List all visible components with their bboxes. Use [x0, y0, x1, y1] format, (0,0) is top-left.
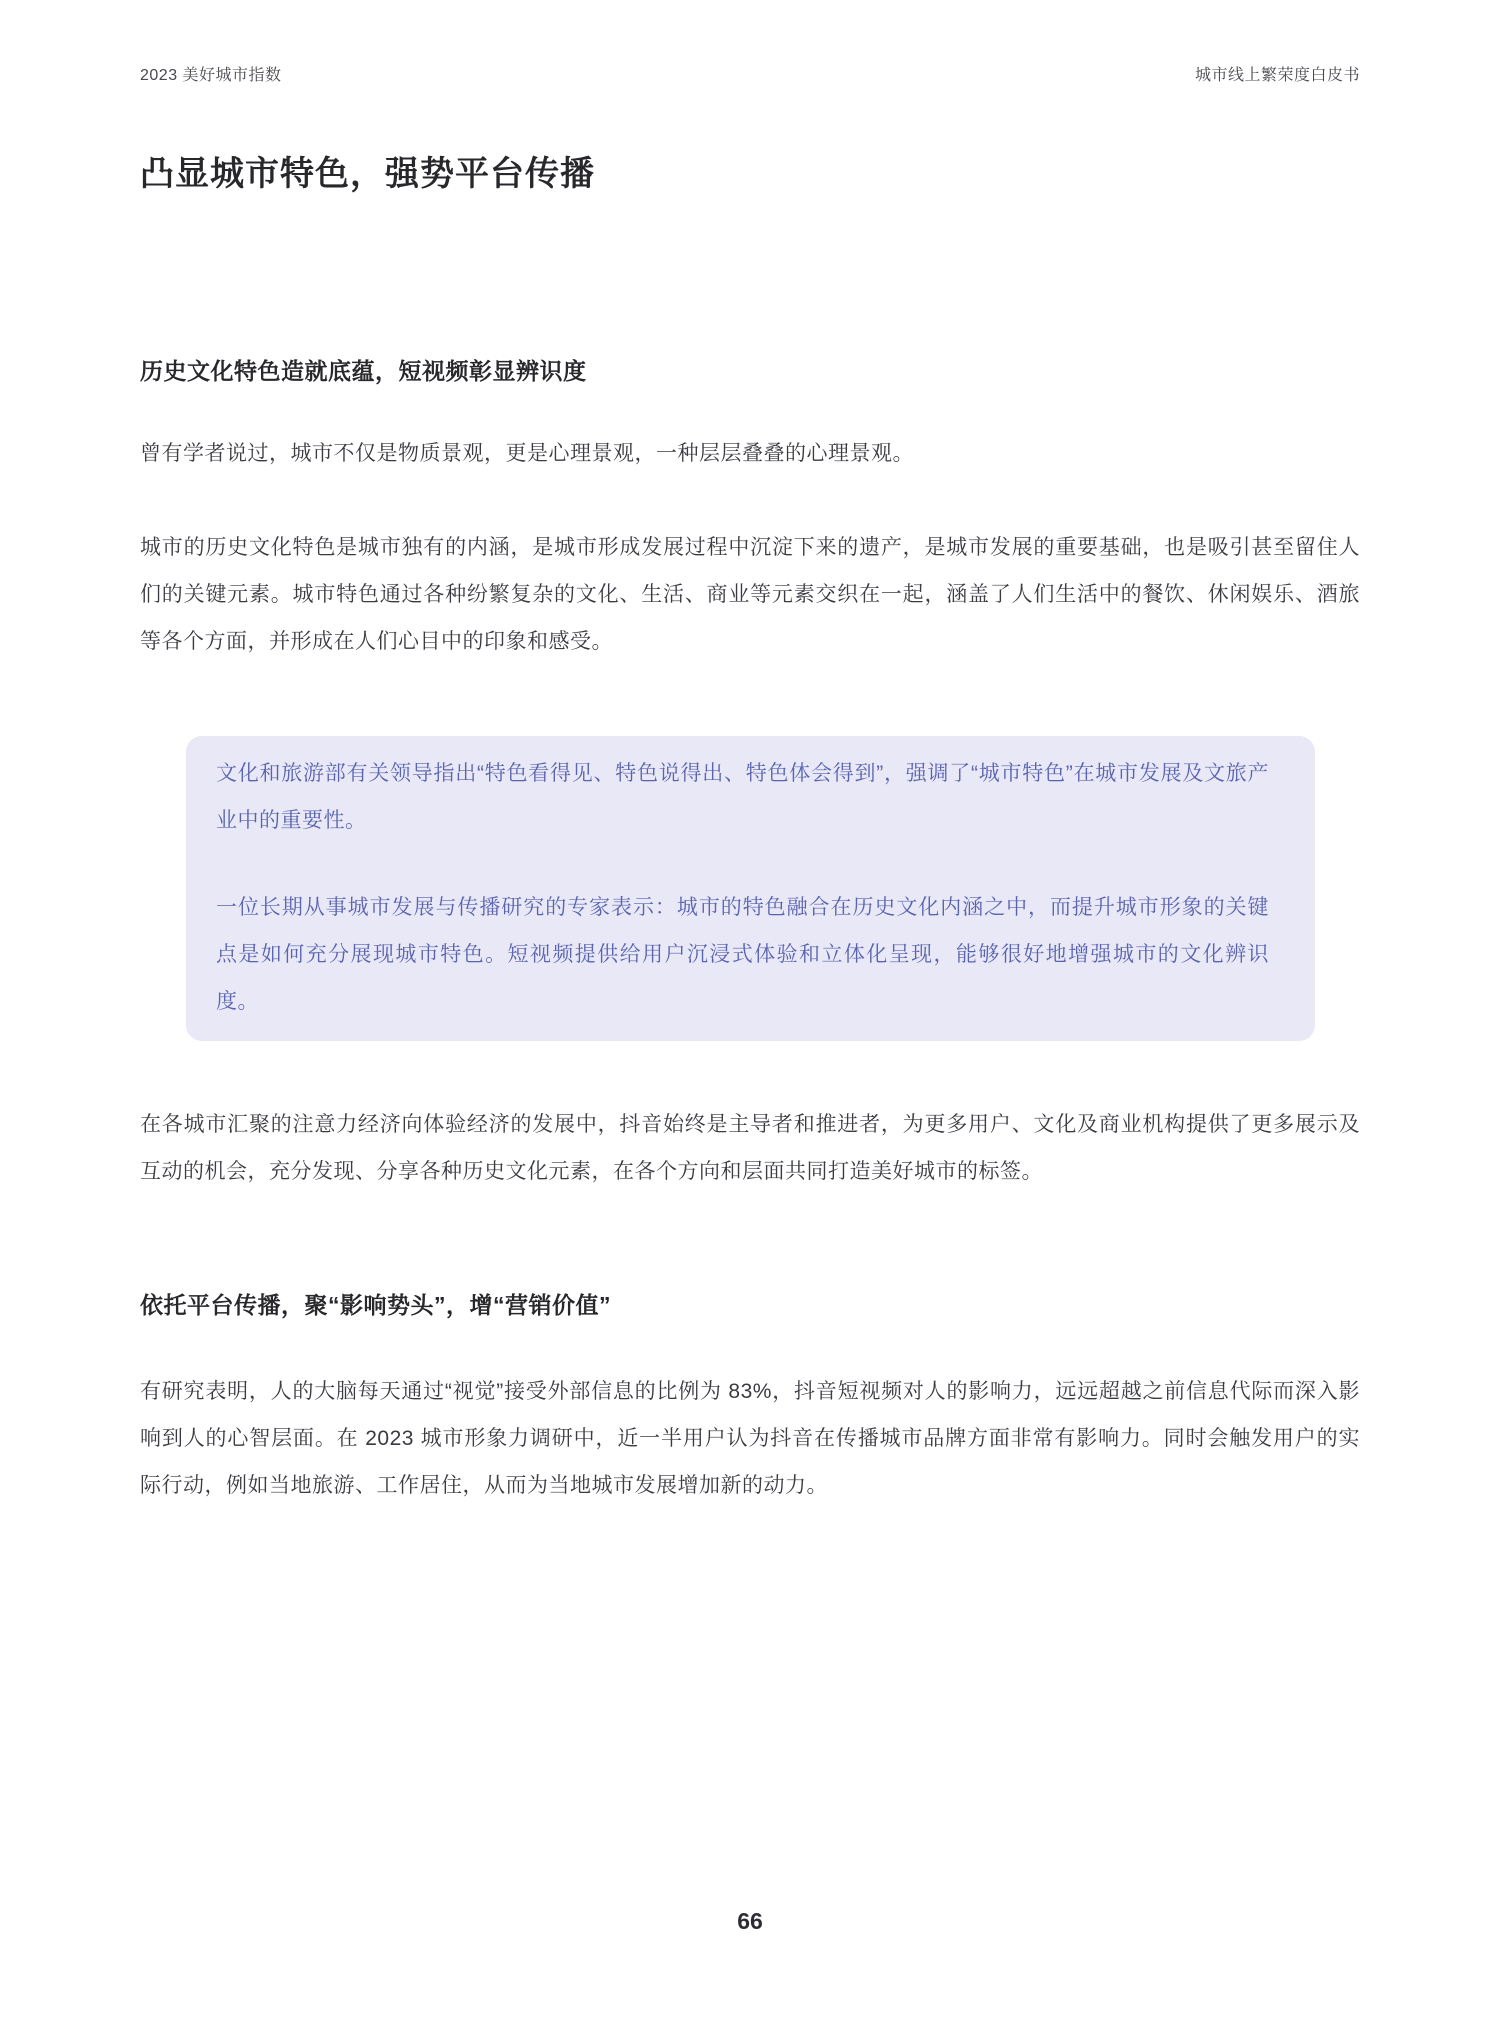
section1-paragraph-3: 在各城市汇聚的注意力经济向体验经济的发展中，抖音始终是主导者和推进者，为更多用户… [140, 1101, 1360, 1195]
document-page: 2023 美好城市指数 城市线上繁荣度白皮书 凸显城市特色，强势平台传播 历史文… [0, 0, 1500, 2027]
page-header: 2023 美好城市指数 城市线上繁荣度白皮书 [140, 62, 1360, 85]
section1-heading: 历史文化特色造就底蕴，短视频彰显辨识度 [140, 356, 1360, 386]
header-left-title: 2023 美好城市指数 [140, 62, 282, 85]
page-footer: 66 [0, 1908, 1500, 1935]
section1-paragraph-1: 曾有学者说过，城市不仅是物质景观，更是心理景观，一种层层叠叠的心理景观。 [140, 430, 1360, 477]
header-right-title: 城市线上繁荣度白皮书 [1195, 62, 1360, 85]
page-title: 凸显城市特色，强势平台传播 [140, 152, 1360, 196]
section2-heading: 依托平台传播，聚“影响势头”，增“营销价值” [140, 1290, 1360, 1320]
quote-callout-box: 文化和旅游部有关领导指出“特色看得见、特色说得出、特色体会得到”，强调了“城市特… [186, 736, 1315, 1041]
callout-paragraph-1: 文化和旅游部有关领导指出“特色看得见、特色说得出、特色体会得到”，强调了“城市特… [216, 750, 1269, 844]
page-content: 凸显城市特色，强势平台传播 历史文化特色造就底蕴，短视频彰显辨识度 曾有学者说过… [140, 152, 1360, 1509]
section1-paragraph-2: 城市的历史文化特色是城市独有的内涵，是城市形成发展过程中沉淀下来的遗产，是城市发… [140, 524, 1360, 665]
callout-paragraph-2: 一位长期从事城市发展与传播研究的专家表示：城市的特色融合在历史文化内涵之中，而提… [216, 884, 1269, 1025]
section2-paragraph-1: 有研究表明，人的大脑每天通过“视觉”接受外部信息的比例为 83%，抖音短视频对人… [140, 1368, 1360, 1509]
page-number: 66 [737, 1908, 763, 1934]
